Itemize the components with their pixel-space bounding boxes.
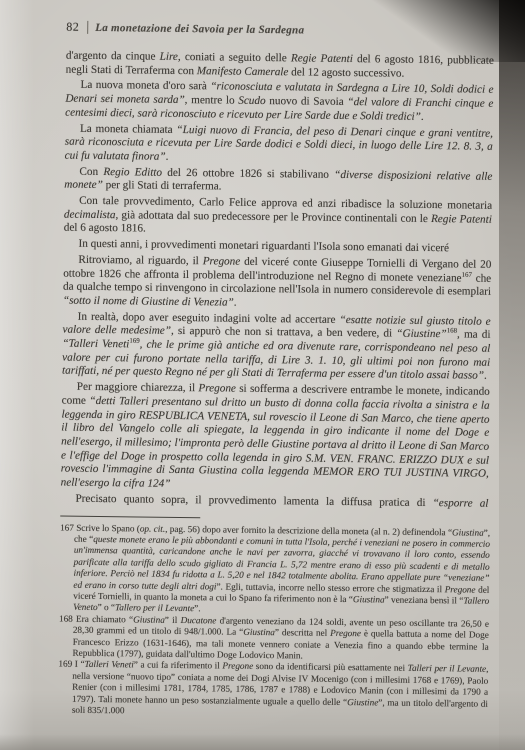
- header-divider: [87, 21, 88, 34]
- body-text: d'argento da cinque Lire, coniati a segu…: [60, 50, 494, 512]
- footnote: 168 Era chiamato “Giustina” il Ducatone …: [59, 613, 490, 664]
- footnote: 167 Scrive lo Spano (op. cit., pag. 56) …: [59, 522, 490, 618]
- paragraph: Precisato quanto sopra, il provvedimento…: [60, 492, 488, 511]
- footnote-separator: [60, 515, 200, 518]
- running-title: La monetazione dei Savoia per la Sardegn…: [95, 21, 304, 36]
- page-header: 82 La monetazione dei Savoia per la Sard…: [66, 20, 494, 40]
- paragraph: Con tale provvedimento, Carlo Felice app…: [64, 195, 492, 241]
- paragraph: La moneta chiamata “Luigi nuovo di Franc…: [65, 122, 493, 168]
- paragraph: Ritroviamo, al riguardo, il Pregone del …: [63, 253, 492, 313]
- paragraph: In realtà, dopo aver eseguito indagini v…: [62, 310, 491, 384]
- page-number: 82: [66, 20, 79, 35]
- footnote: 169 I “Talleri Veneti” a cui fa riferime…: [58, 659, 489, 721]
- scanned-page: 82 La monetazione dei Savoia per la Sard…: [0, 0, 525, 750]
- paragraph: Per maggiore chiarezza, il Pregone si so…: [61, 381, 490, 496]
- footnotes: 167 Scrive lo Spano (op. cit., pag. 56) …: [58, 522, 490, 721]
- paragraph: Con Regio Editto del 26 ottobre 1826 si …: [64, 165, 492, 198]
- page-sheet: 82 La monetazione dei Savoia per la Sard…: [0, 0, 525, 750]
- paragraph: d'argento da cinque Lire, coniati a segu…: [66, 50, 494, 83]
- paragraph: La nuova moneta d'oro sarà “riconosciuta…: [65, 79, 493, 125]
